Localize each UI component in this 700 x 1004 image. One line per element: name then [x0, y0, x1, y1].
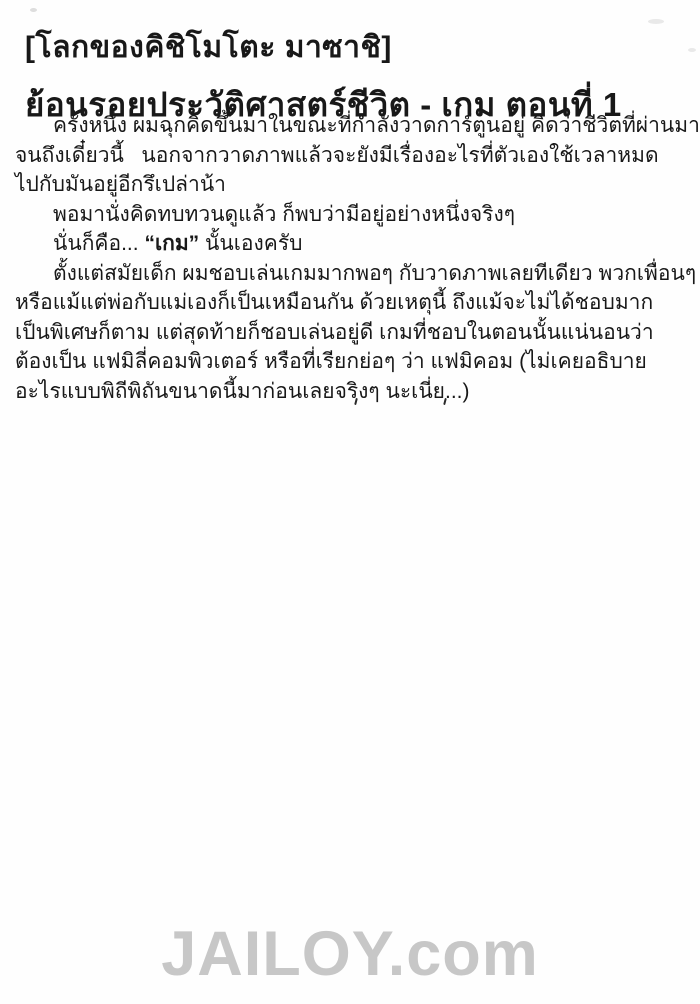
- body-line-game: นั่นก็คือ... “เกม” นั้นเองครับ: [15, 229, 691, 259]
- body-line: พอมานั่งคิดทบทวนดูแล้ว ก็พบว่ามีอยู่อย่า…: [15, 200, 691, 230]
- body-line: ครั้งหนึ่ง ผมฉุกคิดขึ้นมาในขณะที่กำลังวา…: [15, 111, 691, 141]
- game-line-bold-word: “เกม”: [144, 232, 199, 255]
- body-line: หรือแม้แต่พ่อกับแม่เองก็เป็นเหมือนกัน ด้…: [15, 288, 691, 318]
- watermark: JAILOY.com: [0, 918, 700, 990]
- scanned-document-page: [โลกของคิชิโมโตะ มาซาชิ] ย้อนรอยประวัติศ…: [0, 0, 700, 1004]
- game-line-prefix: นั่นก็คือ...: [53, 232, 144, 255]
- scan-speck: [30, 8, 37, 12]
- scan-speck: [688, 48, 696, 52]
- body-line: ต้องเป็น แฟมิลี่คอมพิวเตอร์ หรือที่เรียก…: [15, 347, 691, 377]
- scan-speck: [648, 19, 664, 24]
- series-title: [โลกของคิชิโมโตะ มาซาชิ]: [25, 24, 675, 71]
- body-line: อะไรแบบพิถีพิถันขนาดนี้มาก่อนเลยจริงๆ นะ…: [15, 377, 691, 407]
- game-line-suffix: นั้นเองครับ: [199, 232, 302, 255]
- body-line: เป็นพิเศษก็ตาม แต่สุดท้ายก็ชอบเล่นอยู่ดี…: [15, 318, 691, 348]
- body-line: ตั้งแต่สมัยเด็ก ผมชอบเล่นเกมมากพอๆ กับวา…: [15, 259, 691, 289]
- body-text: ครั้งหนึ่ง ผมฉุกคิดขึ้นมาในขณะที่กำลังวา…: [15, 111, 691, 406]
- body-line: ไปกับมันอยู่อีกรึเปล่าน้า: [15, 170, 691, 200]
- body-line: จนถึงเดี๋ยวนี้ นอกจากวาดภาพแล้วจะยังมีเร…: [15, 141, 691, 171]
